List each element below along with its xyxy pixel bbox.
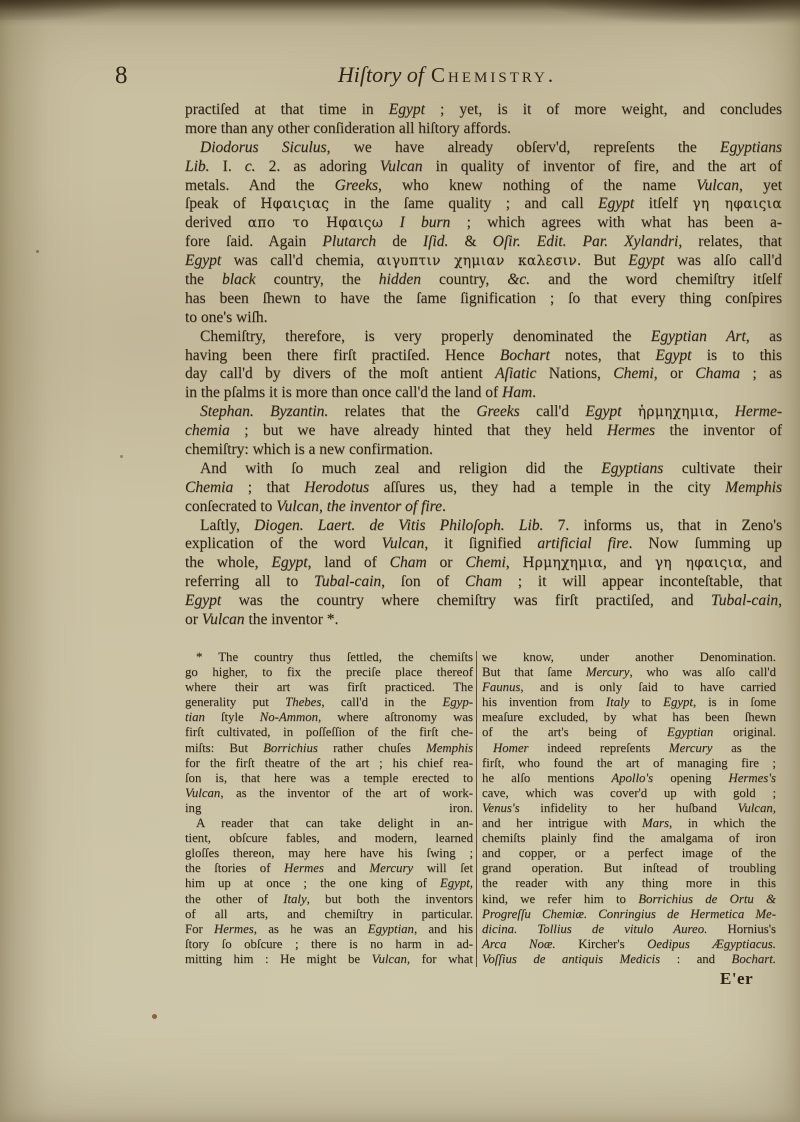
text-line: fore ſaid. Again Plutarch de Iſid. & Oſi…	[185, 233, 782, 252]
footnote-left-column: * The country thus ſettled, the chemiſts…	[185, 650, 473, 967]
text-line: his invention from Italy to Egypt, is in…	[482, 695, 776, 710]
text-line: Stephan. Byzantin. relates that the Gree…	[185, 403, 782, 422]
text-line: derived απο το Ηφαιςω I burn ; which agr…	[185, 214, 782, 233]
text-line: he alſo mentions Apollo's opening Hermes…	[482, 771, 776, 786]
page-number: 8	[115, 62, 128, 90]
text-line: chemiſts plainly find the amalgama of ir…	[482, 831, 776, 846]
text-line: Egypt was the country where chemiſtry wa…	[185, 592, 782, 611]
text-line: A reader that can take delight in an-	[185, 816, 473, 831]
text-line: Chemiſtry, therefore, is very properly d…	[185, 328, 782, 347]
text-line: Egypt was call'd chemia, αιγυπτιν χημιαν…	[185, 252, 782, 271]
text-line: metals. And the Greeks, who knew nothing…	[185, 177, 782, 196]
text-line: conſecrated to Vulcan, the inventor of f…	[185, 498, 782, 517]
text-line: go higher, to fix the preciſe place ther…	[185, 665, 473, 680]
text-line: generality put Thebes, call'd in the Egy…	[185, 695, 473, 710]
running-head-title: Hiſtory ofChemistry.	[247, 62, 647, 88]
text-line: practiſed at that time in Egypt ; yet, i…	[185, 101, 782, 120]
text-line: Chemia ; that Herodotus aſſures us, they…	[185, 479, 782, 498]
text-line: the ſtories of Hermes and Mercury will ſ…	[185, 861, 473, 876]
text-line: or Vulcan the inventor *.	[185, 611, 782, 630]
text-line: Progreſſu Chemiæ. Conringius de Hermetic…	[482, 907, 776, 922]
text-line: Venus's infidelity to her huſband Vulcan…	[482, 801, 776, 816]
ink-speck	[120, 455, 123, 458]
text-line: has been ſhewn to have the ſame ſignific…	[185, 290, 782, 309]
text-line: grand operation. But inſtead of troublin…	[482, 861, 776, 876]
text-line: ſtory ſo obſcure ; there is no harm in a…	[185, 937, 473, 952]
text-line: of the art's being of Egyptian original.	[482, 725, 776, 740]
text-line: we know, under another Denomination.	[482, 650, 776, 665]
text-line: cave, which was cover'd up with gold ;	[482, 786, 776, 801]
text-line: Faunus, and is only ſaid to have carried	[482, 680, 776, 695]
text-line: Vulcan, as the inventor of the art of wo…	[185, 786, 473, 801]
catchword: E'er	[720, 969, 753, 989]
text-line: Voſſius de antiquis Medicis : and Bochar…	[482, 952, 776, 967]
text-line: mitting him : He might be Vulcan, for wh…	[185, 952, 473, 967]
text-line: tian ſtyle No-Ammon, where aſtronomy was	[185, 710, 473, 725]
text-line: ſpeak of Ηφαιςιας in the ſame quality ; …	[185, 195, 782, 214]
text-line: for the firſt theatre of the art ; his c…	[185, 756, 473, 771]
text-line: Laſtly, Diogen. Laert. de Vitis Philoſop…	[185, 517, 782, 536]
footnote-section: * The country thus ſettled, the chemiſts…	[185, 650, 782, 967]
text-line: Lib. I. c. 2. as adoring Vulcan in quali…	[185, 158, 782, 177]
footnote-right-column: we know, under another Denomination.But …	[482, 650, 776, 967]
top-left-smudge	[0, 0, 120, 20]
text-line: And with ſo much zeal and religion did t…	[185, 460, 782, 479]
footnote-column-divider	[476, 651, 477, 967]
text-line: gloſſes thereon, may here have his ſwing…	[185, 846, 473, 861]
text-line: and copper, or a perfect image of the	[482, 846, 776, 861]
text-line: day call'd by divers of the moſt antient…	[185, 365, 782, 384]
text-line: more than any other conſideration all hi…	[185, 120, 782, 139]
text-line: firſt cultivated, in poſſeſſion of the f…	[185, 725, 473, 740]
text-line: the reader with any thing more in this	[482, 876, 776, 891]
text-line: firſt, who found the art of managing fir…	[482, 756, 776, 771]
text-line: Arca Noæ. Kircher's Oedipus Ægyptiacus.	[482, 937, 776, 952]
text-line: tient, obſcure fables, and modern, learn…	[185, 831, 473, 846]
ink-speck	[36, 250, 39, 253]
running-head-italic: Hiſtory of	[338, 62, 424, 87]
text-line: the black country, the hidden country, &…	[185, 271, 782, 290]
text-line: in the pſalms it is more than once call'…	[185, 384, 782, 403]
running-head-caps: Chemistry.	[431, 63, 556, 87]
text-line: him up at once ; the one king of Egypt,	[185, 876, 473, 891]
text-line: explication of the word Vulcan, it ſigni…	[185, 535, 782, 554]
text-line: kind, we refer him to Borrichius de Ortu…	[482, 892, 776, 907]
text-line: of all arts, and chemiſtry in particular…	[185, 907, 473, 922]
top-right-smudge	[548, 0, 800, 24]
text-line: But that ſame Mercury, who was alſo call…	[482, 665, 776, 680]
text-line: ſon is, that here was a temple erected t…	[185, 771, 473, 786]
text-line: dicina. Tollius de vitulo Aureo. Hornius…	[482, 922, 776, 937]
text-line: where their art was firſt practiced. The	[185, 680, 473, 695]
text-line: to one's wiſh.	[185, 309, 782, 328]
text-line: ing iron.	[185, 801, 473, 816]
body-text-block: practiſed at that time in Egypt ; yet, i…	[185, 101, 782, 630]
text-line: and her intrigue with Mars, in which the	[482, 816, 776, 831]
text-line: miſts: But Borrichius rather chuſes Memp…	[185, 741, 473, 756]
text-line: chemia ; but we have already hinted that…	[185, 422, 782, 441]
text-line: Homer indeed repreſents Mercury as the	[482, 741, 776, 756]
text-line: * The country thus ſettled, the chemiſts	[185, 650, 473, 665]
book-page: 8 Hiſtory ofChemistry. practiſed at that…	[0, 0, 800, 1122]
text-line: Diodorus Siculus, we have already obſerv…	[185, 139, 782, 158]
text-line: For Hermes, as he was an Egyptian, and h…	[185, 922, 473, 937]
text-line: the whole, Egypt, land of Cham or Chemi,…	[185, 554, 782, 573]
text-line: the other of Italy, but both the invento…	[185, 892, 473, 907]
ink-speck	[152, 1014, 157, 1019]
text-line: meaſure excluded, by what has been ſhewn	[482, 710, 776, 725]
text-line: referring all to Tubal-cain, ſon of Cham…	[185, 573, 782, 592]
text-line: having been there firſt practiſed. Hence…	[185, 347, 782, 366]
page-top-edge-shading	[0, 0, 800, 26]
text-line: chemiſtry: which is a new confirmation.	[185, 441, 782, 460]
